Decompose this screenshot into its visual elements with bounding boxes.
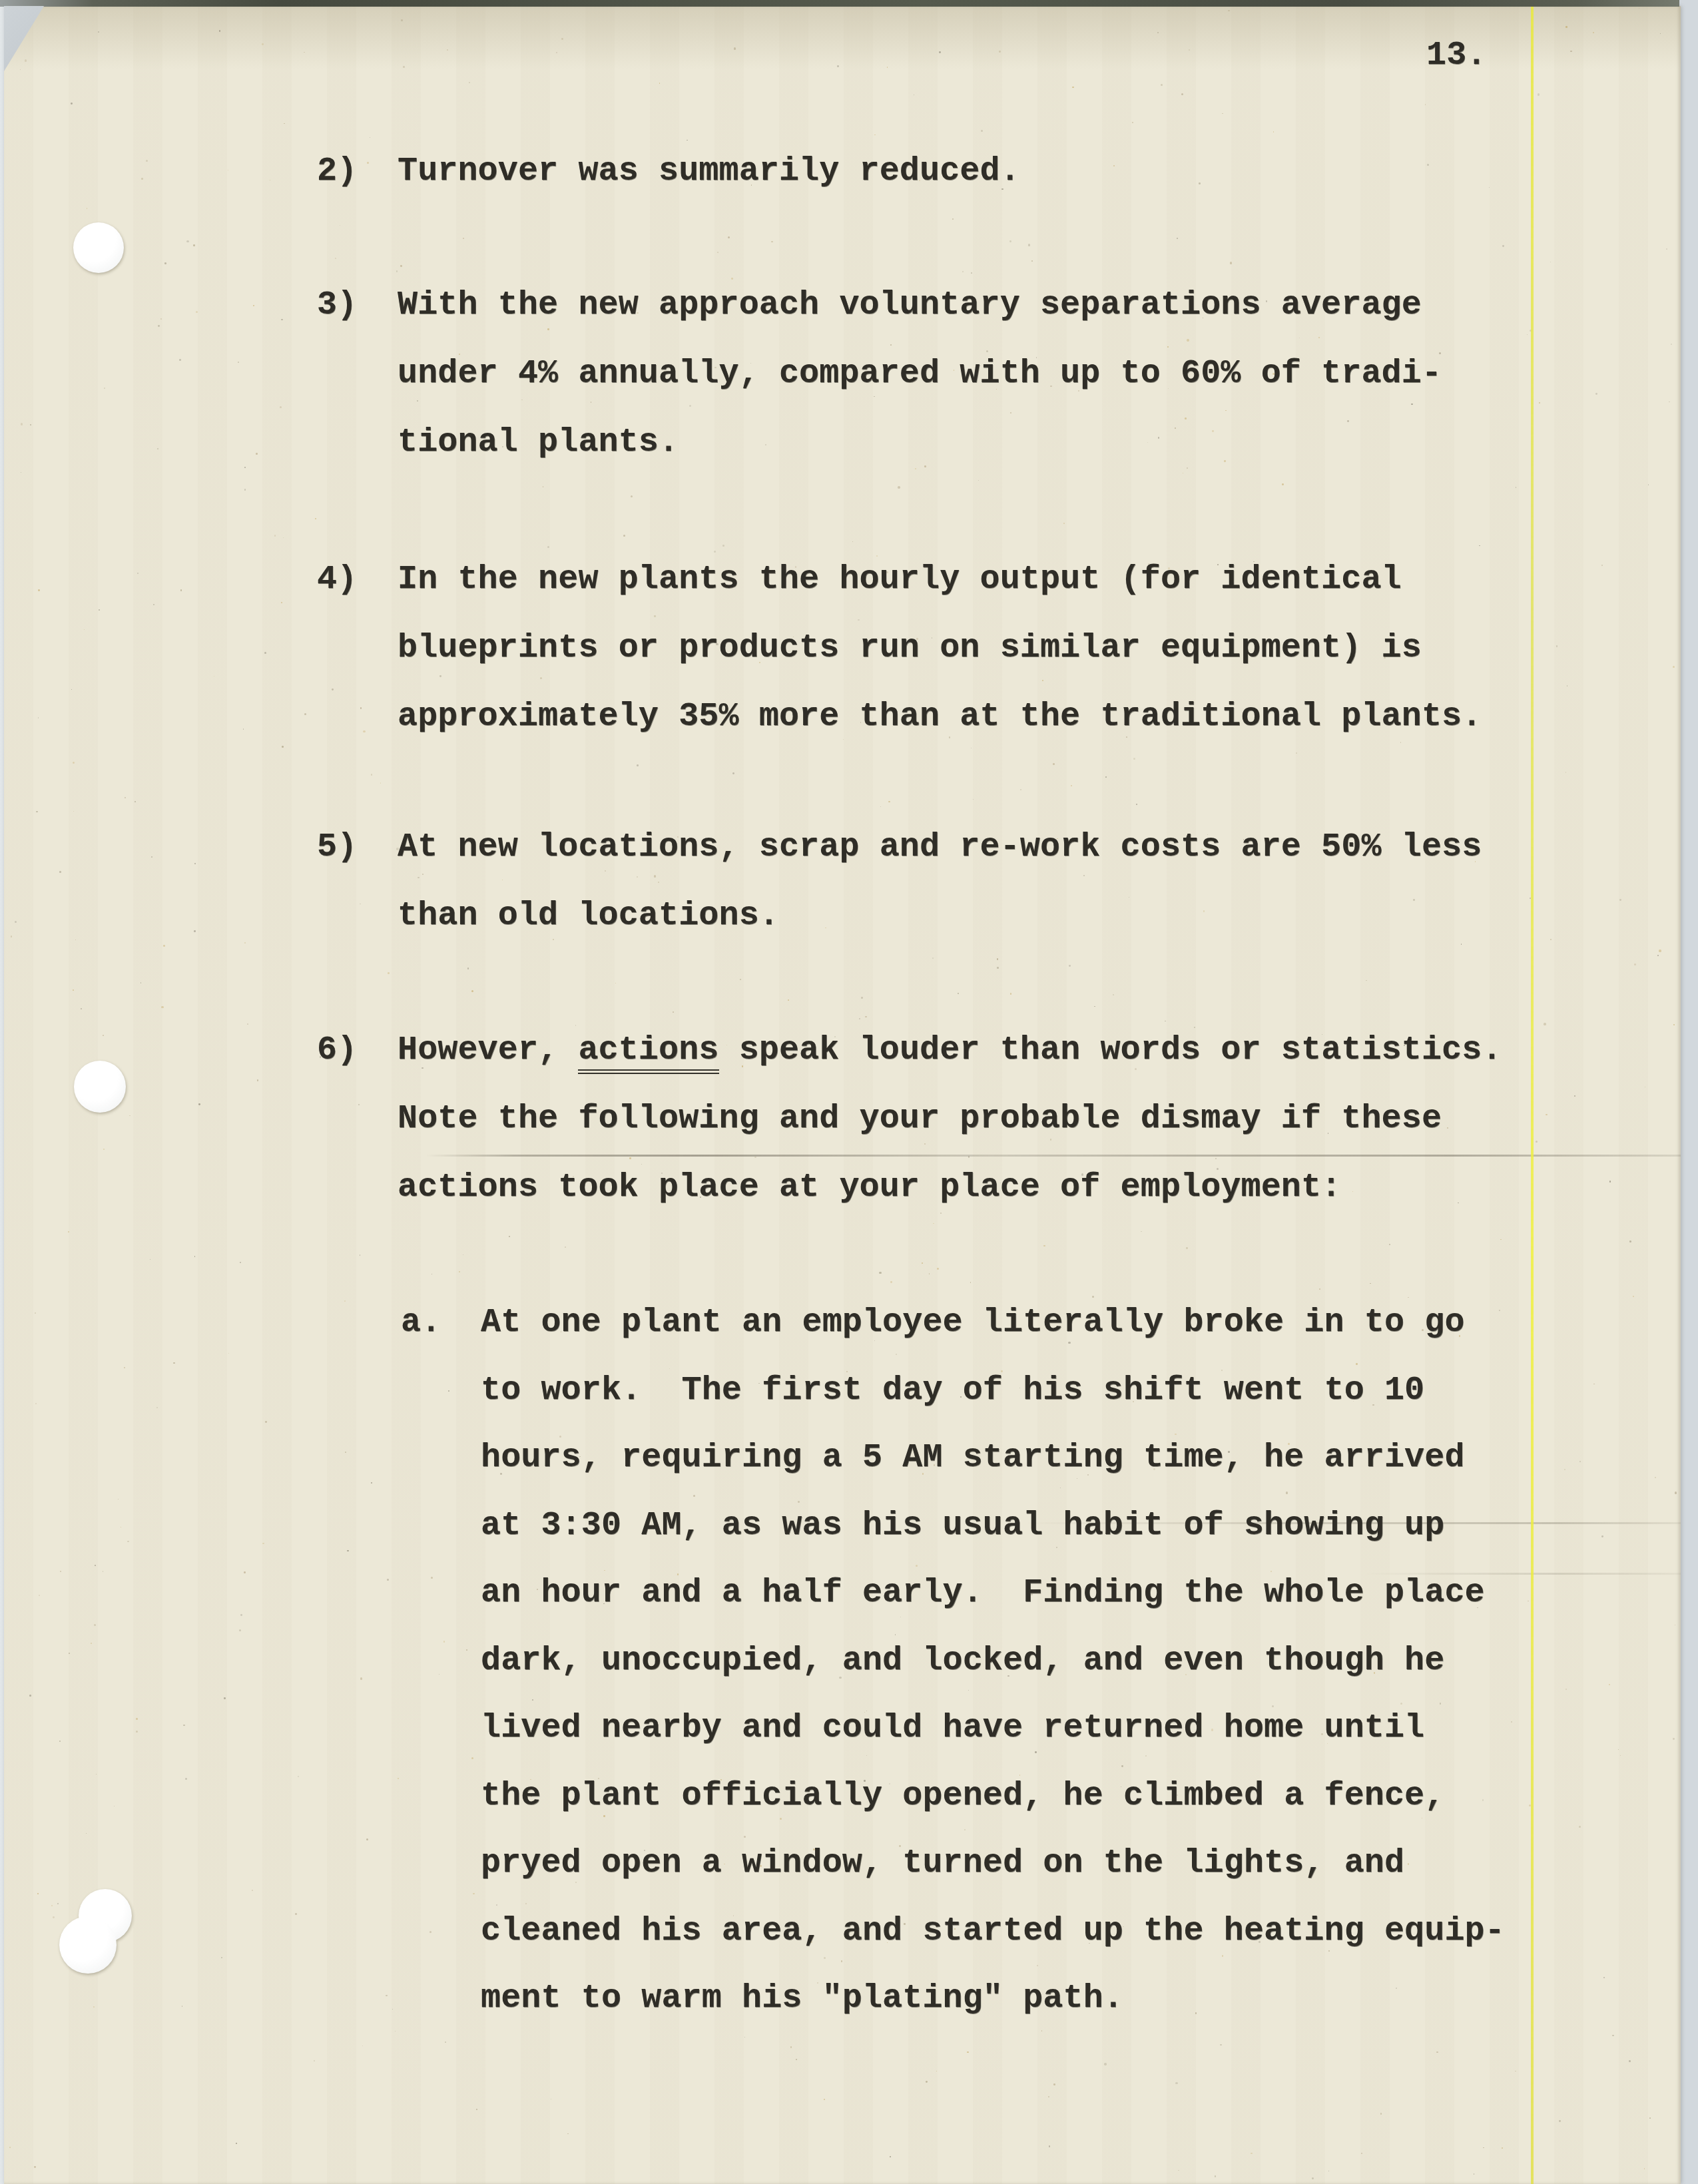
text-line: dark, unoccupied, and locked, and even t… — [481, 1627, 1505, 1695]
text-line: at 3:30 AM, as was his usual habit of sh… — [481, 1492, 1505, 1560]
list-item-text: With the new approach voluntary separati… — [398, 271, 1442, 477]
text-line: cleaned his area, and started up the hea… — [481, 1898, 1505, 1966]
page-number: 13. — [1426, 37, 1486, 75]
list-item-text: At new locations, scrap and re-work cost… — [398, 813, 1482, 950]
text-line: lived nearby and could have returned hom… — [481, 1695, 1505, 1763]
text-line: to work. The first day of his shift went… — [481, 1357, 1505, 1425]
scanner-yellow-line-artifact — [1531, 6, 1534, 2184]
hole-punch-top — [73, 222, 124, 273]
text-line: approximately 35% more than at the tradi… — [398, 682, 1482, 751]
underlined-word: actions — [578, 1031, 718, 1074]
text-line: blueprints or products run on similar eq… — [398, 614, 1482, 682]
text-line: under 4% annually, compared with up to 6… — [398, 340, 1442, 408]
list-item-marker: a. — [401, 1289, 441, 1357]
text-line: With the new approach voluntary separati… — [398, 271, 1442, 340]
list-item-text: Turnover was summarily reduced. — [398, 137, 1020, 206]
text-line: Note the following and your probable dis… — [398, 1085, 1502, 1153]
scan-edge-band — [0, 0, 1679, 7]
text-line: At one plant an employee literally broke… — [481, 1289, 1505, 1357]
list-item-marker: 3) — [317, 271, 357, 340]
text-line: actions took place at your place of empl… — [398, 1153, 1502, 1222]
text-line: pryed open a window, turned on the light… — [481, 1830, 1505, 1898]
text-line: At new locations, scrap and re-work cost… — [398, 813, 1482, 882]
list-item-marker: 6) — [317, 1016, 357, 1085]
text-line: hours, requiring a 5 AM starting time, h… — [481, 1424, 1505, 1492]
list-item-marker: 5) — [317, 813, 357, 882]
text-line: However, actions speak louder than words… — [398, 1016, 1502, 1085]
hole-punch-bottom — [59, 1889, 132, 1974]
list-item-text: However, actions speak louder than words… — [398, 1016, 1502, 1222]
text-line: In the new plants the hourly output (for… — [398, 545, 1482, 614]
list-item-text: At one plant an employee literally broke… — [481, 1289, 1505, 2033]
text-line: an hour and a half early. Finding the wh… — [481, 1559, 1505, 1627]
text-line: ment to warm his "plating" path. — [481, 1965, 1505, 2033]
list-item-marker: 4) — [317, 545, 357, 614]
text-line: the plant officially opened, he climbed … — [481, 1763, 1505, 1830]
text-line: Turnover was summarily reduced. — [398, 137, 1020, 206]
text-line: than old locations. — [398, 882, 1482, 950]
list-item-marker: 2) — [317, 137, 357, 206]
hole-punch-middle — [74, 1061, 126, 1113]
text-line: tional plants. — [398, 408, 1442, 477]
scanned-document-screenshot: 13. 2)Turnover was summarily reduced.3)W… — [0, 0, 1698, 2184]
list-item-text: In the new plants the hourly output (for… — [398, 545, 1482, 751]
